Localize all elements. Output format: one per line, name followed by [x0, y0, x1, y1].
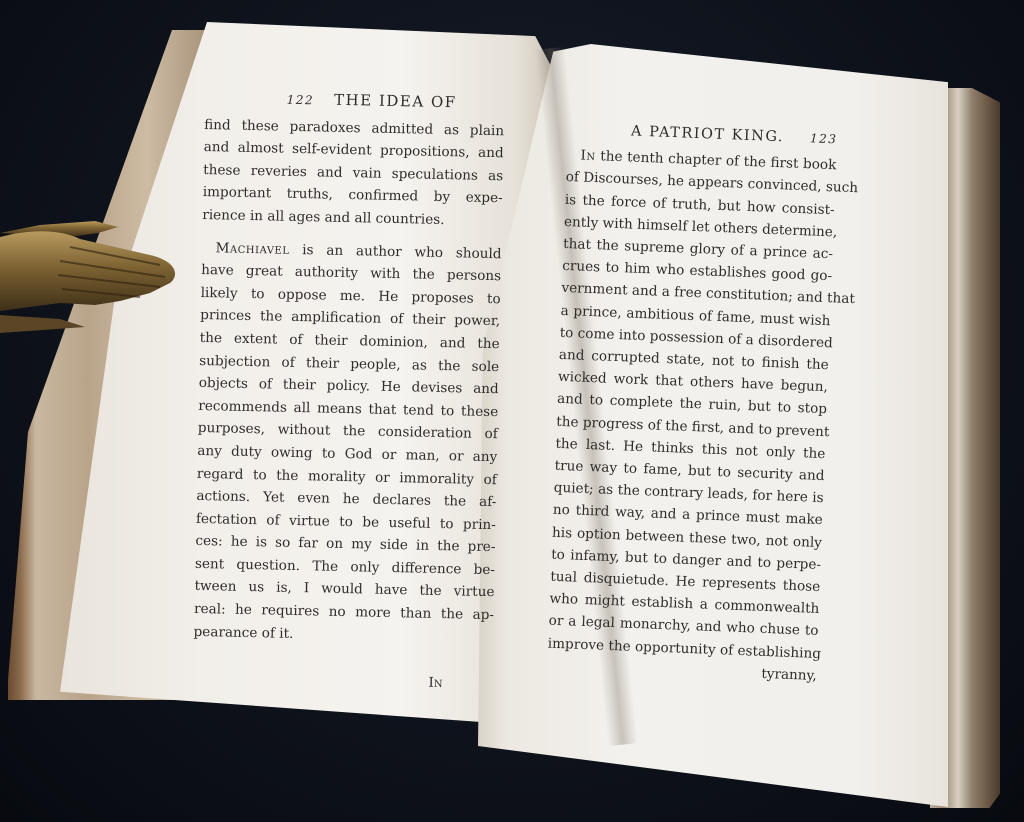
left-running-head: 122 THE IDEA OF	[205, 86, 505, 116]
brass-hand-bookmark-icon	[0, 215, 180, 335]
running-head-title: THE IDEA OF	[334, 89, 457, 114]
page-number: 123	[810, 127, 838, 150]
page-number: 122	[286, 89, 314, 112]
photo-scene: 122 THE IDEA OF find these paradoxes adm…	[0, 0, 1024, 822]
right-page-text: A PATRIOT KING. 123 In the tenth chapter…	[547, 118, 838, 687]
running-head-title: A PATRIOT KING.	[631, 120, 785, 148]
lead-word: In	[580, 148, 596, 165]
left-page-text: 122 THE IDEA OF find these paradoxes adm…	[192, 86, 505, 696]
lead-word: Machiavel	[215, 240, 289, 258]
